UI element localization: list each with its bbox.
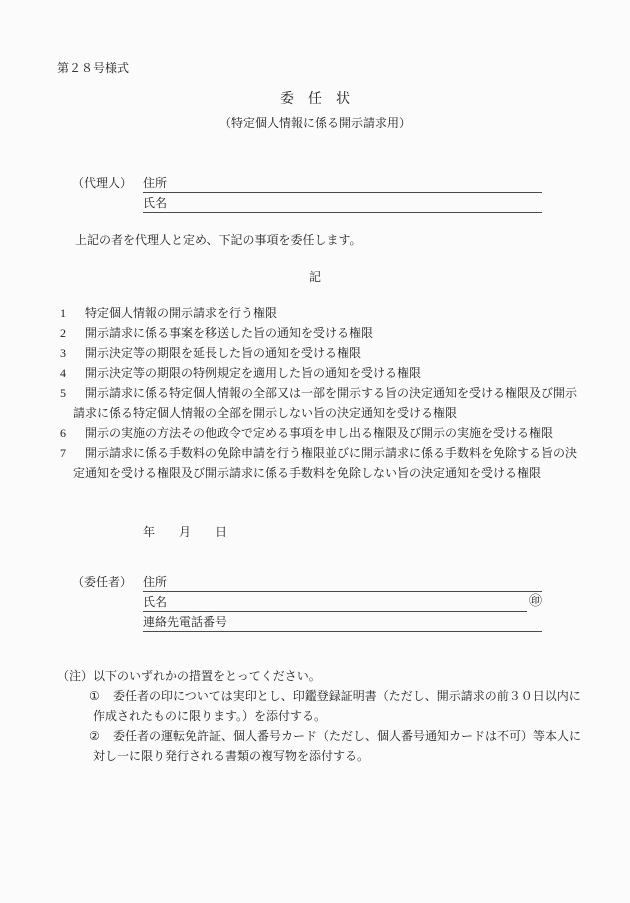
list-item: 7開示請求に係る手数料の免除申請を行う権限並びに開示請求に係る手数料を免除する旨… [60,443,620,483]
note-heading: （注）以下のいずれかの措置をとってください。 [57,666,617,686]
list-item: 6開示の実施の方法その他政令で定める事項を申し出る権限及び開示の実施を受ける権限 [60,423,620,443]
agent-address-input-line[interactable] [167,173,542,192]
document-page: 第２８号様式 委 任 状 （特定個人情報に係る開示請求用） （代理人） 住所 氏… [0,0,630,903]
agent-label: （代理人） [72,173,143,193]
notes-section: （注）以下のいずれかの措置をとってください。 ①委任者の印については実印とし、印… [57,666,617,766]
item-continuation: 定通知を受ける権限及び開示請求に係る手数料を免除しない旨の決定通知を受ける権限 [73,463,620,483]
item-text: 開示決定等の期限を延長した旨の通知を受ける権限 [85,346,361,360]
note-item: ②委任者の運転免許証、個人番号カード（ただし、個人番号通知カードは不可）等本人に [89,726,617,746]
item-continuation: 請求に係る特定個人情報の全部を開示しない旨の決定通知を受ける権限 [73,403,620,423]
note-text: 委任者の運転免許証、個人番号カード（ただし、個人番号通知カードは不可）等本人に [113,729,581,743]
agent-address-row: 住所 [143,173,542,193]
agent-section: （代理人） 住所 氏名 [72,173,542,213]
item-number: 7 [60,443,85,463]
list-item: 1特定個人情報の開示請求を行う権限 [60,303,620,323]
agent-name-row: 氏名 [143,193,542,213]
item-number: 4 [60,363,85,383]
principal-name-input-line[interactable] [167,592,527,611]
principal-name-label: 氏名 [143,592,167,611]
note-continuation: 作成されたものに限ります。）を添付する。 [93,706,617,726]
terms-heading: 記 [0,267,630,287]
principal-phone-input-line[interactable] [227,612,542,631]
document-subtitle: （特定個人情報に係る開示請求用） [0,113,630,133]
principal-address-label: 住所 [143,572,167,591]
declaration-text: 上記の者を代理人と定め、下記の事項を委任します。 [75,230,362,250]
date-line: 年 月 日 [143,522,227,542]
note-number: ① [89,686,113,706]
terms-list: 1特定個人情報の開示請求を行う権限 2開示請求に係る事案を移送した旨の通知を受け… [60,303,620,483]
item-text: 開示決定等の期限の特例規定を適用した旨の通知を受ける権限 [85,366,421,380]
item-number: 5 [60,383,85,403]
principal-section: （委任者） 住所 氏名 ㊞ 連絡先電話番号 [72,572,542,632]
principal-phone-row: 連絡先電話番号 [143,612,542,632]
seal-mark: ㊞ [527,591,542,611]
item-text: 開示請求に係る手数料の免除申請を行う権限並びに開示請求に係る手数料を免除する旨の… [85,446,577,460]
note-number: ② [89,726,113,746]
list-item: 2開示請求に係る事案を移送した旨の通知を受ける権限 [60,323,620,343]
item-number: 2 [60,323,85,343]
agent-address-label: 住所 [143,173,167,192]
document-title: 委 任 状 [0,90,630,110]
list-item: 3開示決定等の期限を延長した旨の通知を受ける権限 [60,343,620,363]
note-continuation: 対し一に限り発行される書類の複写物を添付する。 [93,746,617,766]
note-item: ①委任者の印については実印とし、印鑑登録証明書（ただし、開示請求の前３０日以内に [89,686,617,706]
item-number: 3 [60,343,85,363]
item-number: 6 [60,423,85,443]
item-text: 特定個人情報の開示請求を行う権限 [85,306,277,320]
list-item: 4開示決定等の期限の特例規定を適用した旨の通知を受ける権限 [60,363,620,383]
principal-phone-label: 連絡先電話番号 [143,612,227,631]
item-text: 開示の実施の方法その他政令で定める事項を申し出る権限及び開示の実施を受ける権限 [85,426,553,440]
principal-name-row: 氏名 ㊞ [143,592,542,612]
item-text: 開示請求に係る特定個人情報の全部又は一部を開示する旨の決定通知を受ける権限及び開… [85,386,577,400]
form-number: 第２８号様式 [57,58,129,78]
principal-name-underline: 氏名 [143,592,527,612]
principal-label: （委任者） [72,572,143,592]
agent-name-input-line[interactable] [167,193,542,212]
principal-address-input-line[interactable] [167,572,542,591]
agent-name-label: 氏名 [143,193,167,212]
item-number: 1 [60,303,85,323]
item-text: 開示請求に係る事案を移送した旨の通知を受ける権限 [85,326,373,340]
principal-address-row: 住所 [143,572,542,592]
note-text: 委任者の印については実印とし、印鑑登録証明書（ただし、開示請求の前３０日以内に [113,689,581,703]
list-item: 5開示請求に係る特定個人情報の全部又は一部を開示する旨の決定通知を受ける権限及び… [60,383,620,423]
